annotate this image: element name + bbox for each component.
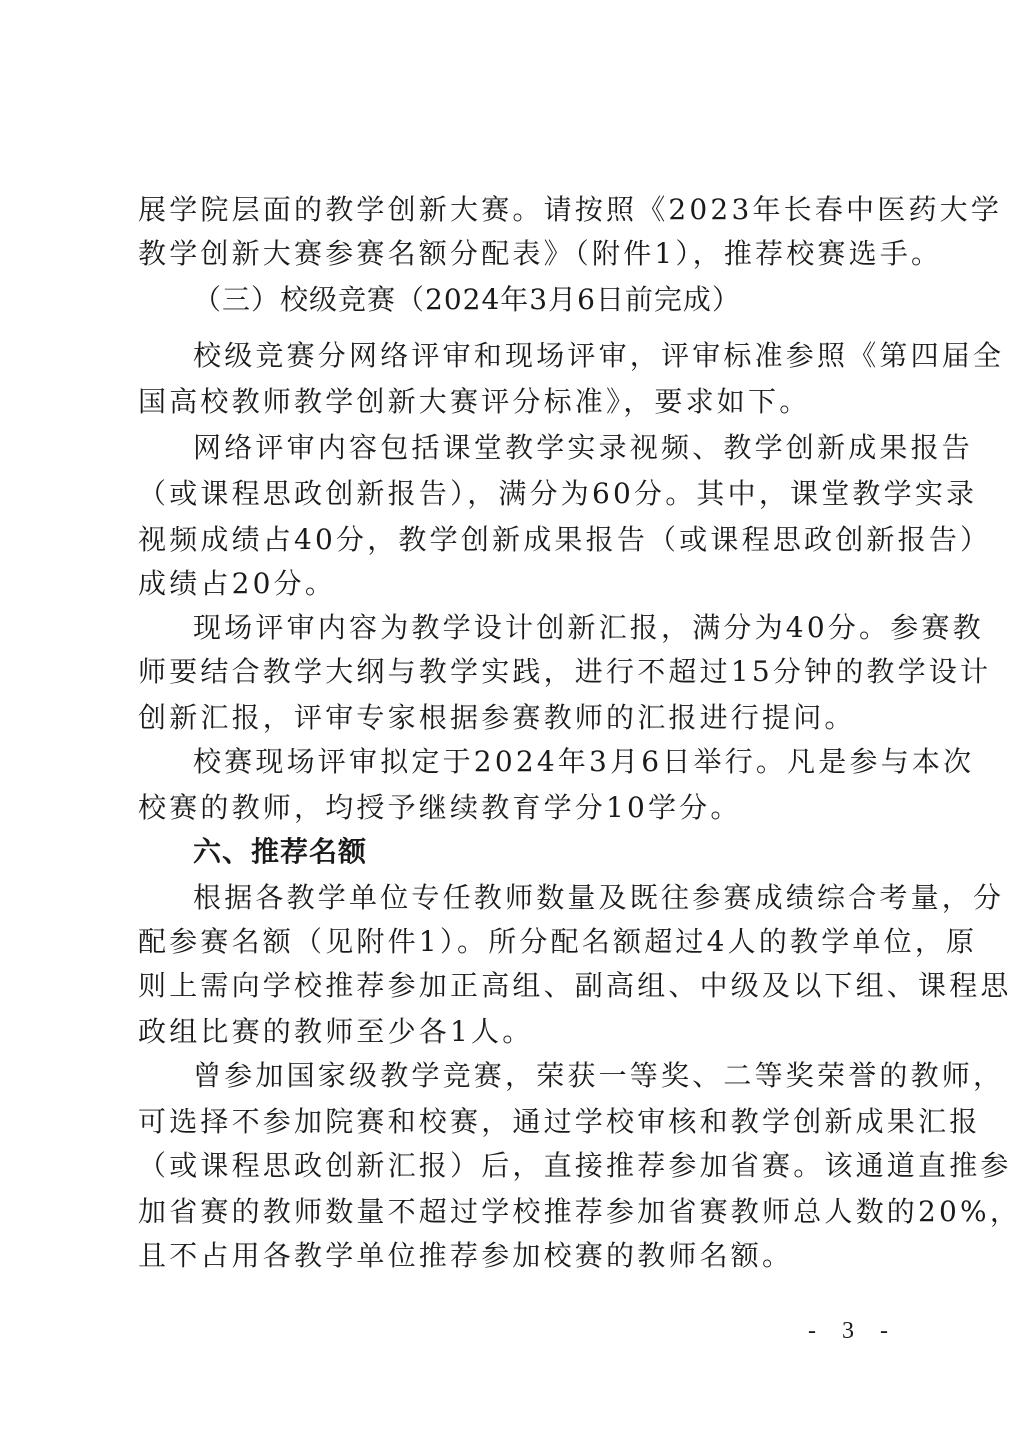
paragraph-line: 成绩占20分。 xyxy=(138,564,898,604)
paragraph-line: 视频成绩占40分，教学创新成果报告（或课程思政创新报告） xyxy=(138,520,898,560)
paragraph-line: 则上需向学校推荐参加正高组、副高组、中级及以下组、课程思 xyxy=(138,966,898,1006)
document-page: 展学院层面的教学创新大赛。请按照《2023年长春中医药大学 教学创新大赛参赛名额… xyxy=(0,0,1024,1448)
paragraph-line: 现场评审内容为教学设计创新汇报，满分为40分。参赛教 xyxy=(193,608,953,648)
paragraph-line: 政组比赛的教师至少各1人。 xyxy=(138,1012,898,1052)
paragraph-line: 展学院层面的教学创新大赛。请按照《2023年长春中医药大学 xyxy=(138,190,898,230)
paragraph-line: 配参赛名额（见附件1）。所分配名额超过4人的教学单位，原 xyxy=(138,922,898,962)
paragraph-line: 校级竞赛分网络评审和现场评审，评审标准参照《第四届全 xyxy=(193,336,953,376)
page-number: - 3 - xyxy=(808,1318,898,1345)
paragraph-line: （或课程思政创新汇报）后，直接推荐参加省赛。该通道直推参 xyxy=(138,1146,898,1186)
paragraph-line: （或课程思政创新报告），满分为60分。其中，课堂教学实录 xyxy=(138,474,898,514)
paragraph-line: 校赛现场评审拟定于2024年3月6日举行。凡是参与本次 xyxy=(193,742,953,782)
section-heading: 六、推荐名额 xyxy=(193,832,953,872)
paragraph-line: 创新汇报，评审专家根据参赛教师的汇报进行提问。 xyxy=(138,698,898,738)
paragraph-line: 且不占用各教学单位推荐参加校赛的教师名额。 xyxy=(138,1236,898,1276)
paragraph-line: 教学创新大赛参赛名额分配表》（附件1），推荐校赛选手。 xyxy=(138,234,898,274)
paragraph-line: 根据各教学单位专任教师数量及既往参赛成绩综合考量，分 xyxy=(193,878,953,918)
paragraph-line: 师要结合教学大纲与教学实践，进行不超过15分钟的教学设计 xyxy=(138,652,898,692)
paragraph-line: 网络评审内容包括课堂教学实录视频、教学创新成果报告 xyxy=(193,428,953,468)
paragraph-line: 国高校教师教学创新大赛评分标准》，要求如下。 xyxy=(138,382,898,422)
paragraph-line: 曾参加国家级教学竞赛，荣获一等奖、二等奖荣誉的教师， xyxy=(193,1056,953,1096)
paragraph-line: 校赛的教师，均授予继续教育学分10学分。 xyxy=(138,788,898,828)
paragraph-line: 可选择不参加院赛和校赛，通过学校审核和教学创新成果汇报 xyxy=(138,1102,898,1142)
section-subheading: （三）校级竞赛（2024年3月6日前完成） xyxy=(193,280,953,320)
paragraph-line: 加省赛的教师数量不超过学校推荐参加省赛教师总人数的20%， xyxy=(138,1192,898,1232)
